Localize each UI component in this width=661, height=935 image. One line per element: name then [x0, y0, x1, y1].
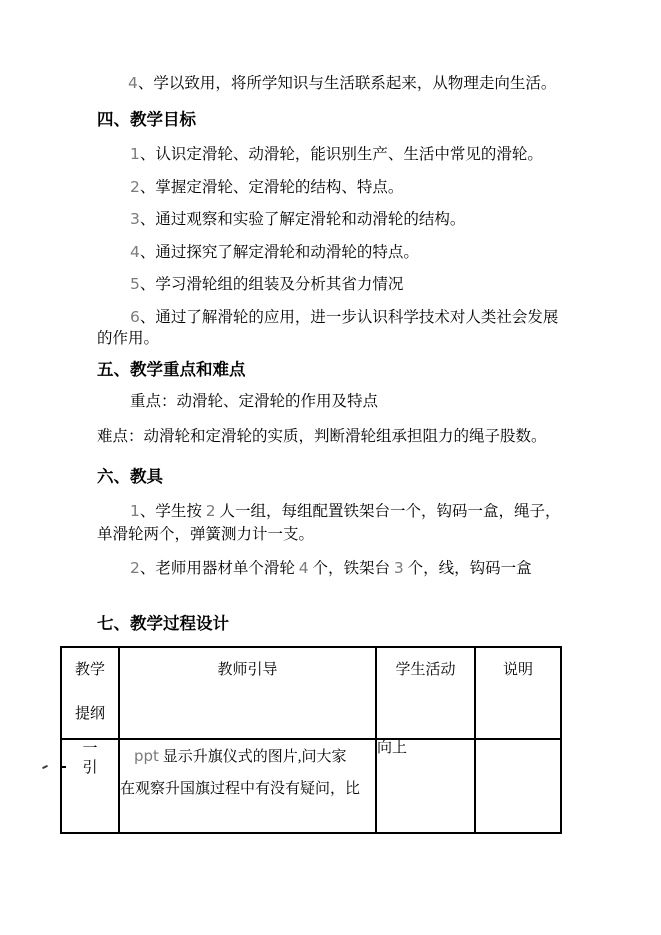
document-page: 4、学以致用，将所学知识与生活联系起来，从物理走向生活。 四、教学目标 1、认识… [0, 0, 661, 935]
teaching-process-table: 教学 提纲 教师引导 学生活动 说明 一 引 ppt 显示升旗仪式的图片,问大家… [60, 646, 562, 834]
difficult-points-line: 难点：动滑轮和定滑轮的实质，判断滑轮组承担阻力的绳子股数。 [97, 428, 547, 446]
heading-section6-teaching-aids: 六、教具 [97, 468, 163, 487]
cell-teacher-guidance-intro: ppt 显示升旗仪式的图片,问大家 在观察升国旗过程中有没有疑问，比 [119, 739, 376, 833]
stray-pencil-mark [42, 765, 48, 769]
goal-item-6-line2: 的作用。 [97, 330, 159, 348]
cell-notes-intro [475, 739, 561, 833]
table-header-row: 教学 提纲 教师引导 学生活动 说明 [61, 647, 561, 739]
key-points-line: 重点：动滑轮、定滑轮的作用及特点 [130, 393, 378, 411]
header-cell-notes: 说明 [475, 647, 561, 739]
table-row-intro: 一 引 ppt 显示升旗仪式的图片,问大家 在观察升国旗过程中有没有疑问，比 向… [61, 739, 561, 833]
goal-item-4: 4、通过探究了解定滑轮和动滑轮的特点。 [130, 244, 419, 262]
outline-intro-line2: 引 [62, 759, 118, 778]
header-cell-teacher-guidance: 教师引导 [119, 647, 376, 739]
teacher-guidance-line2: 在观察升国旗过程中有没有疑问，比 [120, 773, 375, 805]
outline-intro-line1: 一 [62, 740, 118, 759]
heading-section5-key-difficult-points: 五、教学重点和难点 [97, 361, 246, 380]
aids-item-2: 2、老师用器材单个滑轮 4 个，铁架台 3 个，线，钩码一盒 [130, 560, 532, 578]
header-cell-outline: 教学 提纲 [61, 647, 119, 739]
goal-item-3: 3、通过观察和实验了解定滑轮和动滑轮的结构。 [130, 211, 465, 229]
goal-item-6-line1: 6、通过了解滑轮的应用，进一步认识科学技术对人类社会发展 [130, 309, 558, 327]
goal-item-5: 5、学习滑轮组的组装及分析其省力情况 [130, 276, 403, 294]
table-border-tick-mark [62, 766, 66, 768]
cell-outline-intro: 一 引 [61, 739, 119, 833]
header-outline-line1: 教学 [62, 648, 118, 692]
goal-item-2: 2、掌握定滑轮、定滑轮的结构、特点。 [130, 179, 403, 197]
aids-item-1-line1: 1、学生按 2 人一组，每组配置铁架台一个，钩码一盒，绳子， [130, 503, 561, 521]
header-cell-student-activity: 学生活动 [376, 647, 475, 739]
heading-section4-teaching-goals: 四、教学目标 [97, 111, 196, 130]
aids-item-1-line2: 单滑轮两个，弹簧测力计一支。 [97, 526, 314, 544]
teacher-guidance-line1: ppt 显示升旗仪式的图片,问大家 [120, 740, 375, 773]
paragraph-apply-knowledge: 4、学以致用，将所学知识与生活联系起来，从物理走向生活。 [128, 75, 556, 93]
cell-student-activity-intro: 向上 [376, 739, 475, 833]
goal-item-1: 1、认识定滑轮、动滑轮，能识别生产、生活中常见的滑轮。 [130, 146, 543, 164]
heading-section7-teaching-process: 七、教学过程设计 [97, 615, 229, 634]
header-outline-line2: 提纲 [62, 692, 118, 736]
